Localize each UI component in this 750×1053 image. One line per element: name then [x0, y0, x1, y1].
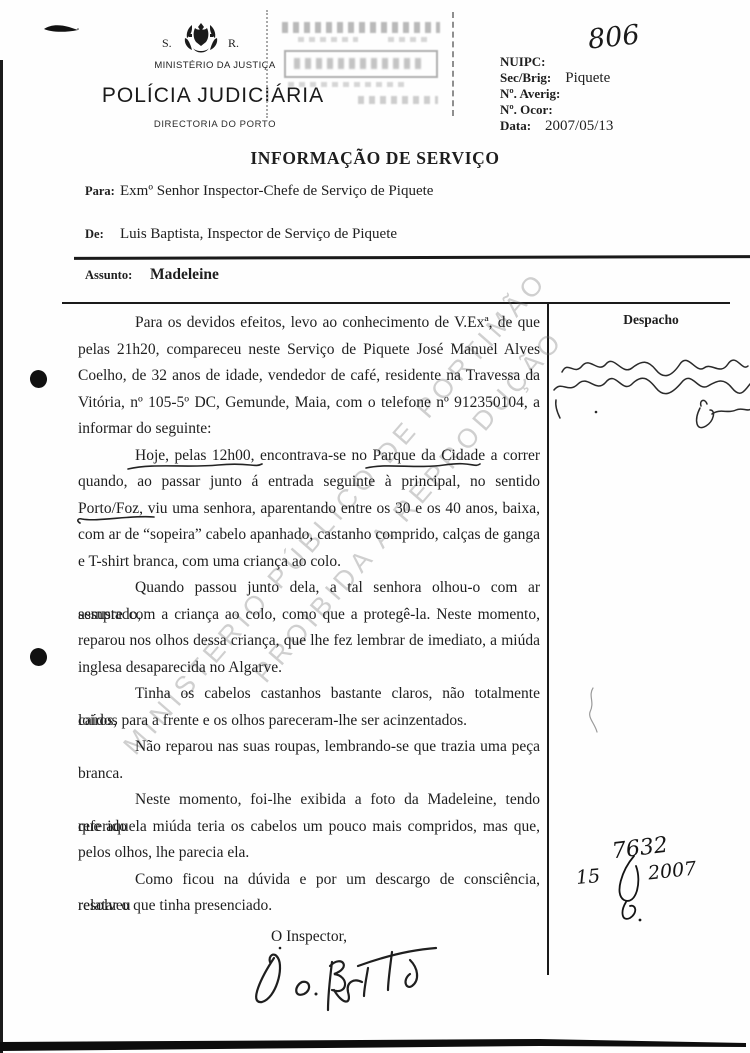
- crest-letter-s: S.: [162, 36, 172, 51]
- body-text-line: quando, ao passar junto á entrada seguin…: [78, 469, 540, 496]
- de-value: Luis Baptista, Inspector de Serviço de P…: [120, 226, 397, 243]
- despacho-column-divider: [547, 303, 549, 975]
- body-text-line: Neste momento, foi-lhe exibida a foto da…: [78, 787, 540, 814]
- faint-pen-mark: [584, 686, 606, 738]
- closing-salutation: O Inspector,: [78, 928, 540, 946]
- underline-porto-foz: [74, 513, 156, 527]
- scanned-document-page: MINISTÉRIO PÚBLICO DE PORTIMÃO PROIBIDA …: [0, 0, 750, 1053]
- field-nuipc: NUIPC:: [500, 54, 730, 70]
- crest-letter-r: R.: [228, 36, 239, 51]
- report-body: Para os devidos efeitos, levo ao conheci…: [78, 310, 540, 946]
- directorate-name: DIRECTORIA DO PORTO: [140, 119, 290, 130]
- body-text-line: reparou nos olhos dessa criança, que lhe…: [78, 628, 540, 655]
- body-text-line: Vitória, nº 105-5º DC, Gemunde, Maia, co…: [78, 390, 540, 417]
- assunto-value: Madeleine: [150, 266, 219, 284]
- para-value: Exmº Senhor Inspector-Chefe de Serviço d…: [120, 183, 433, 200]
- handwritten-date-day: 15: [575, 865, 601, 889]
- body-text-line: caídos para a frente e os olhos parecera…: [78, 708, 540, 735]
- field-num-averig: Nº. Averig:: [500, 86, 730, 102]
- document-title: INFORMAÇÃO DE SERVIÇO: [0, 148, 750, 169]
- body-text-line: pelas 21h20, compareceu neste Serviço de…: [78, 337, 540, 364]
- body-top-line: [62, 302, 730, 304]
- paragraph-7: Como ficou na dúvida e por um descargo d…: [78, 867, 540, 920]
- hole-punch-mark-bottom: [28, 646, 48, 667]
- received-date-stamp: [266, 10, 454, 118]
- para-label: Para:: [85, 184, 115, 199]
- body-text-line: branca.: [78, 761, 540, 788]
- hole-punch-mark-top: [28, 368, 48, 389]
- body-text-line: inglesa desaparecida no Algarve.: [78, 655, 540, 682]
- scan-edge-line: [0, 60, 3, 1053]
- paragraph-6: Neste momento, foi-lhe exibida a foto da…: [78, 787, 540, 867]
- paragraph-1: Para os devidos efeitos, levo ao conheci…: [78, 310, 540, 443]
- body-text-line: Tinha os cabelos castanhos bastante clar…: [78, 681, 540, 708]
- handwritten-page-number: 806: [587, 19, 642, 55]
- ink-smudge-mark: [42, 22, 80, 36]
- despacho-heading: Despacho: [556, 312, 746, 328]
- inspector-signature: [240, 938, 450, 1020]
- body-text-line: sempre com a criança ao colo, como que a…: [78, 602, 540, 629]
- stamp-edge-dashes: [452, 12, 454, 116]
- de-label: De:: [85, 227, 104, 242]
- body-text-line: Não reparou nas suas roupas, lembrando-s…: [78, 734, 540, 761]
- coat-of-arms-icon: [178, 20, 224, 56]
- despacho-handwriting: [552, 348, 750, 443]
- underline-parque-da-cidade: [364, 460, 482, 472]
- body-text-line: que aquela miúda teria os cabelos um pou…: [78, 814, 540, 841]
- field-sec-brig: Sec/Brig: Piquete: [500, 70, 730, 86]
- underline-hoje-12h00: [126, 460, 264, 472]
- body-text-line: Como ficou na dúvida e por um descargo d…: [78, 867, 540, 894]
- body-text-line: Coelho, de 32 anos de idade, vendedor de…: [78, 363, 540, 390]
- bottom-scan-bar: [0, 1038, 750, 1053]
- header-divider-line: [74, 255, 750, 259]
- case-header-fields: NUIPC: Sec/Brig: Piquete Nº. Averig: Nº.…: [500, 54, 730, 134]
- assunto-label: Assunto:: [85, 268, 132, 283]
- field-num-ocor: Nº. Ocor:: [500, 102, 730, 118]
- body-text-line: pelos olhos, lhe parecia ela.: [78, 840, 540, 867]
- date-rubric-initials: [602, 852, 658, 928]
- body-text-line: relatar o que tinha presenciado.: [78, 893, 540, 920]
- body-text-line: Para os devidos efeitos, levo ao conheci…: [78, 310, 540, 337]
- field-data: Data: 2007/05/13: [500, 118, 730, 134]
- body-text-line: Quando passou junto dela, a tal senhora …: [78, 575, 540, 602]
- paragraph-3: Quando passou junto dela, a tal senhora …: [78, 575, 540, 681]
- paragraph-4: Tinha os cabelos castanhos bastante clar…: [78, 681, 540, 734]
- body-text-line: informar do seguinte:: [78, 416, 540, 443]
- body-text-line: e T-shirt branca, com uma criança ao col…: [78, 549, 540, 576]
- paragraph-5: Não reparou nas suas roupas, lembrando-s…: [78, 734, 540, 787]
